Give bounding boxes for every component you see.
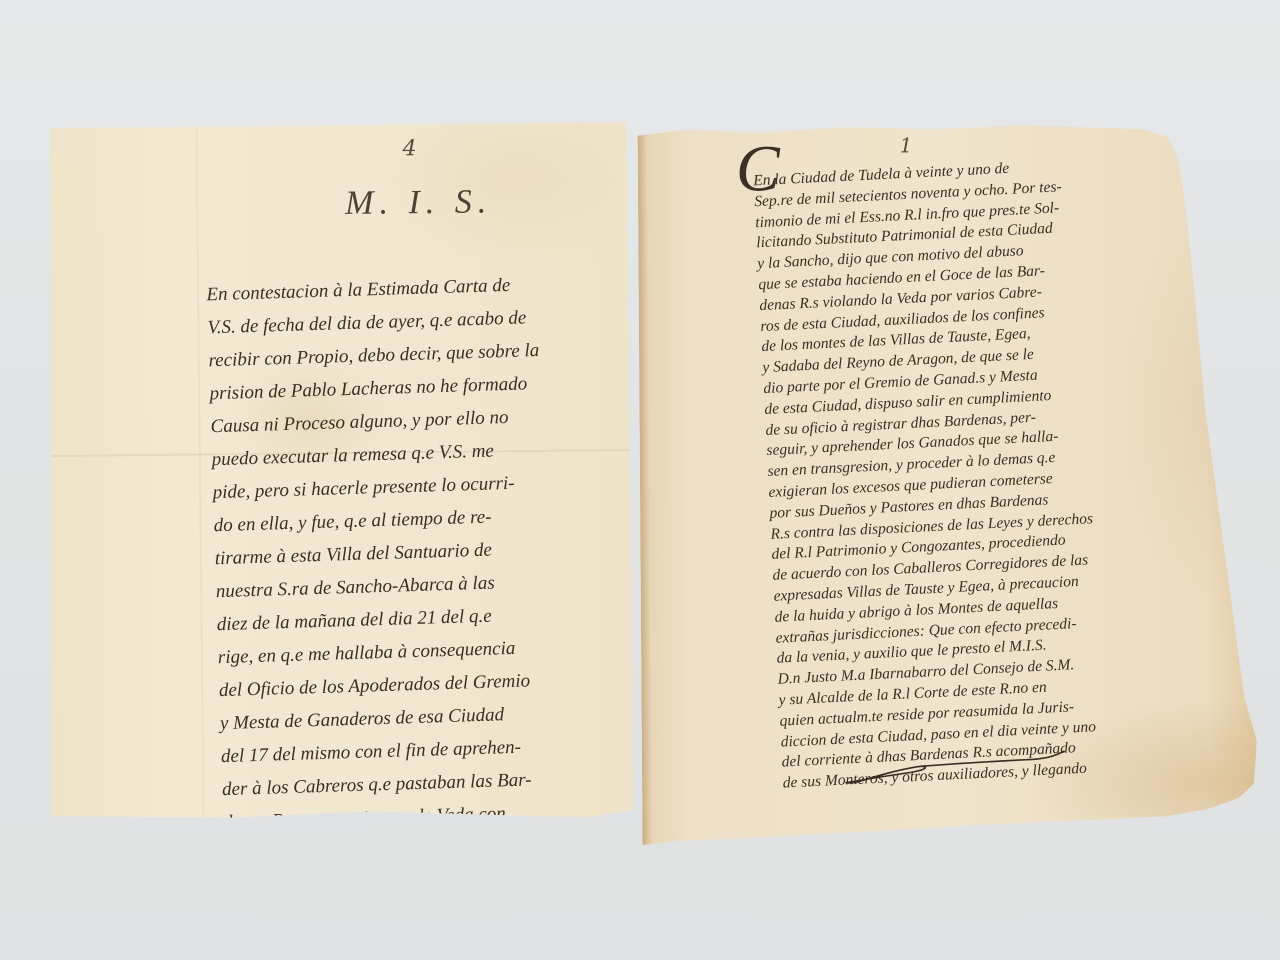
paper-edge-stain	[638, 127, 653, 845]
paper-fold-vertical	[196, 126, 205, 821]
folio-number: 1	[900, 133, 913, 157]
manuscript-page-left: 4 M. I. S. En contestacion à la Estimada…	[44, 122, 633, 823]
folio-number: 4	[402, 136, 416, 161]
handwritten-body: En contestacion à la Estimada Carta de V…	[206, 268, 555, 872]
pen-flourish-icon	[842, 749, 1072, 791]
handwritten-body: En la Ciudad de Tudela à veinte y uno de…	[753, 156, 1106, 795]
text-line: perjuicio de todos los Congozantes y del	[224, 829, 556, 872]
manuscript-page-right: 1 C En la Ciudad de Tudela à veinte y un…	[638, 123, 1258, 845]
salutation-heading: M. I. S.	[345, 183, 493, 223]
